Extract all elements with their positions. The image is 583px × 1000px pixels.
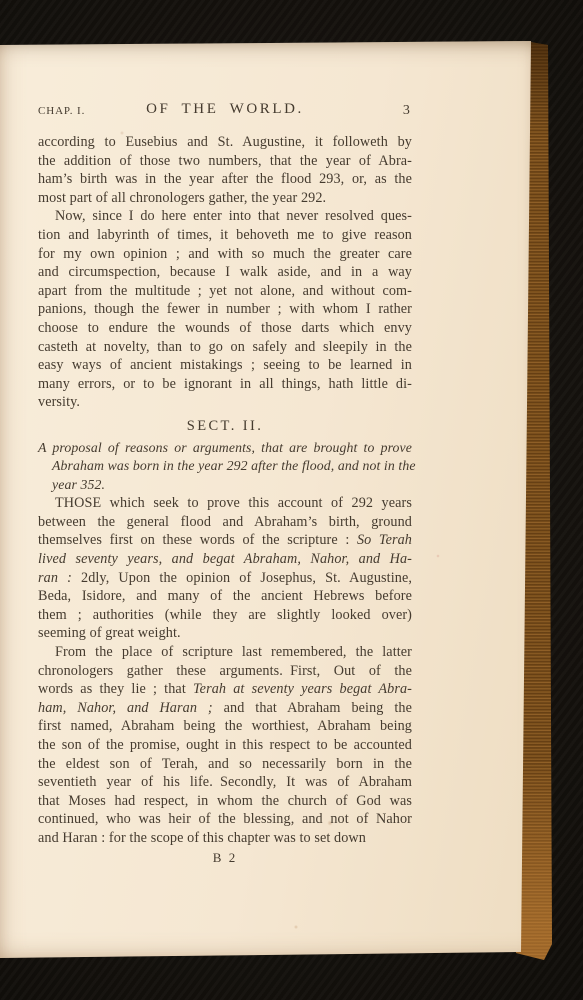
text-line: and circumspection, because I walk aside…: [38, 263, 412, 282]
section-argument: A proposal of reasons or arguments, that…: [38, 439, 412, 495]
text-line: ran : 2dly, Upon the opinion of Josephus…: [38, 569, 412, 588]
text-line: them ; authorities (while they are sligh…: [38, 606, 412, 625]
text-line: for my own opinion ; and with so much th…: [38, 245, 412, 264]
text-line: most part of all chronologers gather, th…: [38, 189, 412, 208]
text-line: A proposal of reasons or arguments, that…: [38, 439, 412, 458]
paragraph-flood-continuation: according to Eusebius and St. Augustine,…: [38, 133, 412, 207]
text-line: THOSE which seek to prove this account o…: [38, 494, 412, 513]
body-text: according to Eusebius and St. Augustine,…: [38, 133, 412, 848]
text-line: continued, who was heir of the blessing,…: [38, 810, 412, 829]
section-heading: SECT. II.: [38, 417, 412, 436]
text-line: lived seventy years, and begat Abraham, …: [38, 550, 412, 569]
text-line: ham’s birth was in the year after the fl…: [38, 170, 412, 189]
text-line: many errors, or to be ignorant in all th…: [38, 375, 412, 394]
running-title: OF THE WORLD.: [146, 101, 304, 118]
text-line: ham, Nahor, and Haran ; and that Abraham…: [38, 699, 412, 718]
text-line: casteth at novelty, than to go on safely…: [38, 338, 412, 357]
text-line: year 352.: [38, 476, 412, 495]
text-line: seventieth year of his life. Secondly, I…: [38, 773, 412, 792]
text-line: choose to endure the wounds of those dar…: [38, 319, 412, 338]
text-line: tion and labyrinth of times, it behoveth…: [38, 226, 412, 245]
text-line: and Haran : for the scope of this chapte…: [38, 829, 412, 848]
page-number: 3: [403, 103, 410, 119]
book-page: CHAP. I. OF THE WORLD. 3 according to Eu…: [0, 41, 536, 959]
text-line: seeming of great weight.: [38, 624, 412, 643]
text-line: versity.: [38, 393, 412, 412]
page-header: CHAP. I. OF THE WORLD. 3: [38, 101, 412, 121]
paragraph-from-the-place: From the place of scripture last remembe…: [38, 643, 412, 848]
text-line: that Moses had respect, in whom the chur…: [38, 792, 412, 811]
paragraph-those-which-seek: THOSE which seek to prove this account o…: [38, 494, 412, 643]
text-line: apart from the multitude ; yet not alone…: [38, 282, 412, 301]
text-line: between the general flood and Abraham’s …: [38, 513, 412, 532]
signature-mark: B 2: [38, 850, 412, 866]
text-line: chronologers gather these arguments. Fir…: [38, 662, 412, 681]
text-line: themselves first on these words of the s…: [38, 531, 412, 550]
text-line: From the place of scripture last remembe…: [38, 643, 412, 662]
text-line: the addition of those two numbers, that …: [38, 152, 412, 171]
text-line: the eldest son of Terah, and so necessar…: [38, 755, 412, 774]
text-line: Abraham was born in the year 292 after t…: [38, 457, 412, 476]
text-line: Beda, Isidore, and many of the ancient H…: [38, 587, 412, 606]
text-line: first named, Abraham being the worthiest…: [38, 717, 412, 736]
text-line: easy ways of ancient mistakings ; seeing…: [38, 356, 412, 375]
text-line: the son of the promise, ought in this re…: [38, 736, 412, 755]
text-line: according to Eusebius and St. Augustine,…: [38, 133, 412, 152]
book-photo: CHAP. I. OF THE WORLD. 3 according to Eu…: [0, 0, 583, 1000]
paragraph-now-since: Now, since I do here enter into that nev…: [38, 207, 412, 412]
text-line: words as they lie ; that Terah at sevent…: [38, 680, 412, 699]
page-content: CHAP. I. OF THE WORLD. 3 according to Eu…: [38, 41, 412, 866]
chapter-label: CHAP. I.: [38, 105, 85, 117]
text-line: Now, since I do here enter into that nev…: [38, 207, 412, 226]
text-line: panions, though the fewer in number ; wi…: [38, 300, 412, 319]
